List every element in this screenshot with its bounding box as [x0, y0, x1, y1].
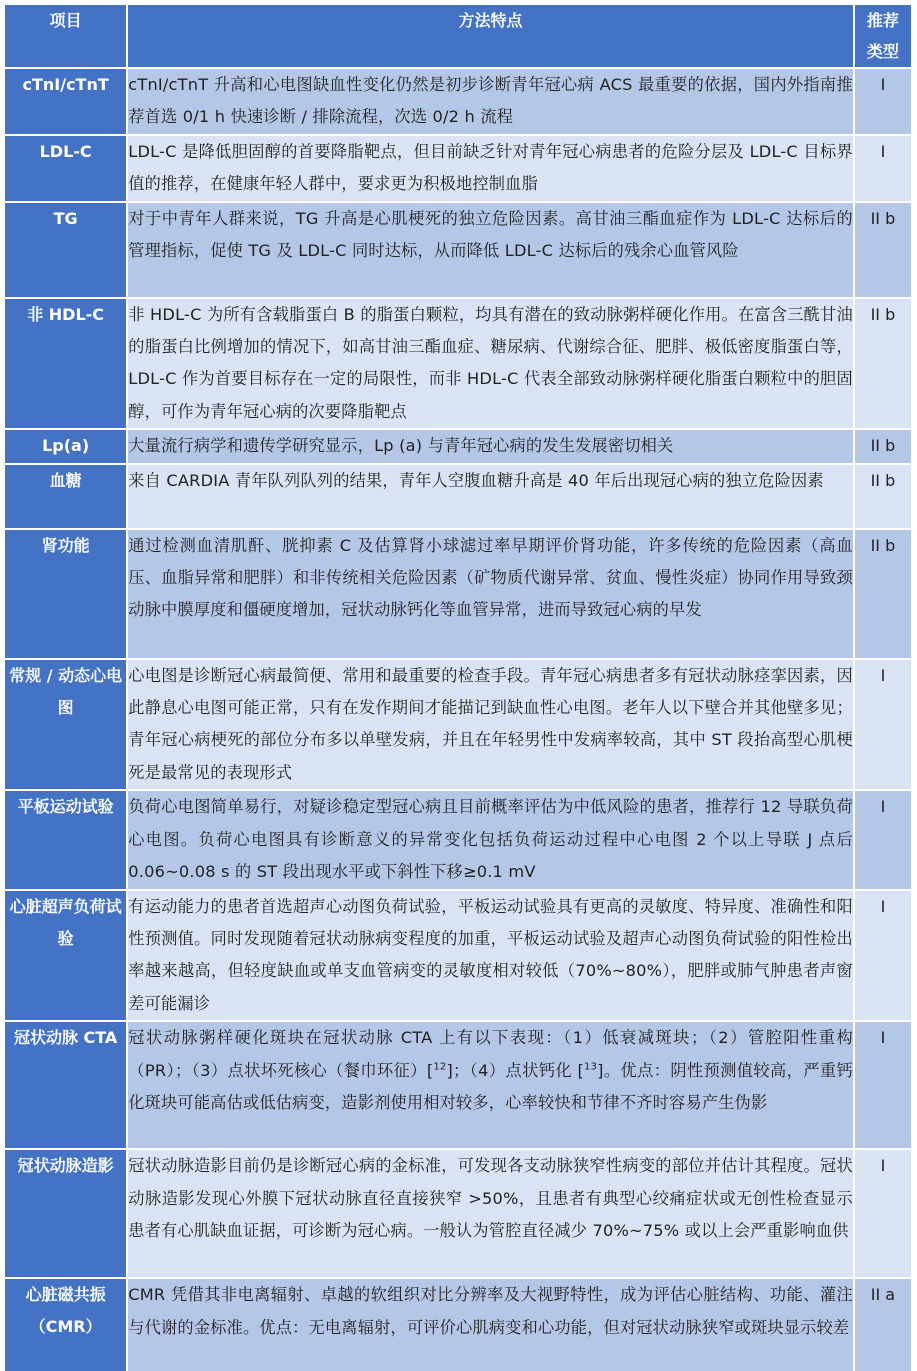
- table-row: 心脏超声负荷试验 有运动能力的患者首选超声心动图负荷试验，平板运动试验具有更高的…: [4, 890, 912, 1022]
- row-rec: II a: [854, 1278, 912, 1371]
- row-desc: 心电图是诊断冠心病最简便、常用和最重要的检查手段。青年冠心病患者多有冠状动脉痉挛…: [127, 659, 854, 791]
- row-item: TG: [4, 202, 127, 298]
- row-item: 心脏磁共振（CMR）: [4, 1278, 127, 1371]
- row-desc: 负荷心电图简单易行，对疑诊稳定型冠心病且目前概率评估为中低风险的患者，推荐行 1…: [127, 790, 854, 889]
- table-row: 肾功能 通过检测血清肌酐、胱抑素 C 及估算肾小球滤过率早期评价肾功能，许多传统…: [4, 529, 912, 659]
- row-desc: CMR 凭借其非电离辐射、卓越的软组织对比分辨率及大视野特性，成为评估心脏结构、…: [127, 1278, 854, 1371]
- table-row: LDL-C LDL-C 是降低胆固醇的首要降脂靶点，但目前缺乏针对青年冠心病患者…: [4, 135, 912, 202]
- table-row: 平板运动试验 负荷心电图简单易行，对疑诊稳定型冠心病且目前概率评估为中低风险的患…: [4, 790, 912, 889]
- row-rec: I: [854, 659, 912, 791]
- row-item: 常规 / 动态心电图: [4, 659, 127, 791]
- row-item: Lp(a): [4, 429, 127, 463]
- row-rec: II b: [854, 202, 912, 298]
- row-desc: 通过检测血清肌酐、胱抑素 C 及估算肾小球滤过率早期评价肾功能，许多传统的危险因…: [127, 529, 854, 659]
- header-item: 项目: [4, 4, 127, 68]
- table-row: 心脏磁共振（CMR） CMR 凭借其非电离辐射、卓越的软组织对比分辨率及大视野特…: [4, 1278, 912, 1371]
- table-row: 冠状动脉造影 冠状动脉造影目前仍是诊断冠心病的金标准，可发现各支动脉狭窄性病变的…: [4, 1149, 912, 1278]
- table-row: 冠状动脉 CTA 冠状动脉粥样硬化斑块在冠状动脉 CTA 上有以下表现：（1）低…: [4, 1021, 912, 1149]
- row-rec: II b: [854, 429, 912, 463]
- row-rec: II b: [854, 298, 912, 430]
- row-rec: II b: [854, 464, 912, 529]
- row-rec: I: [854, 1149, 912, 1278]
- table-header: 项目 方法特点 推荐 类型: [4, 4, 912, 68]
- row-item: LDL-C: [4, 135, 127, 202]
- row-desc: cTnI/cTnT 升高和心电图缺血性变化仍然是初步诊断青年冠心病 ACS 最重…: [127, 68, 854, 135]
- row-rec: I: [854, 790, 912, 889]
- header-recommendation: 推荐 类型: [854, 4, 912, 68]
- table-row: 血糖 来自 CARDIA 青年队列队列的结果，青年人空腹血糖升高是 40 年后出…: [4, 464, 912, 529]
- table-row: 非 HDL-C 非 HDL-C 为所有含载脂蛋白 B 的脂蛋白颗粒，均具有潜在的…: [4, 298, 912, 430]
- row-desc: 大量流行病学和遗传学研究显示，Lp (a) 与青年冠心病的发生发展密切相关: [127, 429, 854, 463]
- row-desc: 对于中青年人群来说，TG 升高是心肌梗死的独立危险因素。高甘油三酯血症作为 LD…: [127, 202, 854, 298]
- table-row: TG 对于中青年人群来说，TG 升高是心肌梗死的独立危险因素。高甘油三酯血症作为…: [4, 202, 912, 298]
- row-rec: I: [854, 890, 912, 1022]
- row-rec: II b: [854, 529, 912, 659]
- table-row: cTnI/cTnT cTnI/cTnT 升高和心电图缺血性变化仍然是初步诊断青年…: [4, 68, 912, 135]
- row-item: 心脏超声负荷试验: [4, 890, 127, 1022]
- row-desc: LDL-C 是降低胆固醇的首要降脂靶点，但目前缺乏针对青年冠心病患者的危险分层及…: [127, 135, 854, 202]
- desc-part: ]；（4）点状钙化 [: [447, 1061, 585, 1080]
- row-desc: 非 HDL-C 为所有含载脂蛋白 B 的脂蛋白颗粒，均具有潜在的致动脉粥样硬化作…: [127, 298, 854, 430]
- row-item: 冠状动脉 CTA: [4, 1021, 127, 1149]
- header-method: 方法特点: [127, 4, 854, 68]
- row-desc: 冠状动脉粥样硬化斑块在冠状动脉 CTA 上有以下表现：（1）低衰减斑块；（2）管…: [127, 1021, 854, 1149]
- row-desc: 来自 CARDIA 青年队列队列的结果，青年人空腹血糖升高是 40 年后出现冠心…: [127, 464, 854, 529]
- row-rec: I: [854, 135, 912, 202]
- row-item: 冠状动脉造影: [4, 1149, 127, 1278]
- row-desc: 有运动能力的患者首选超声心动图负荷试验，平板运动试验具有更高的灵敏度、特异度、准…: [127, 890, 854, 1022]
- row-rec: I: [854, 68, 912, 135]
- citation-ref: 12: [433, 1061, 446, 1072]
- row-item: cTnI/cTnT: [4, 68, 127, 135]
- row-rec: I: [854, 1021, 912, 1149]
- header-rec-line-2: 类型: [855, 36, 911, 67]
- row-item: 肾功能: [4, 529, 127, 659]
- citation-ref: 13: [584, 1061, 597, 1072]
- row-desc: 冠状动脉造影目前仍是诊断冠心病的金标准，可发现各支动脉狭窄性病变的部位并估计其程…: [127, 1149, 854, 1278]
- table-row: 常规 / 动态心电图 心电图是诊断冠心病最简便、常用和最重要的检查手段。青年冠心…: [4, 659, 912, 791]
- table-row: Lp(a) 大量流行病学和遗传学研究显示，Lp (a) 与青年冠心病的发生发展密…: [4, 429, 912, 463]
- header-rec-line-1: 推荐: [855, 5, 911, 36]
- row-item: 血糖: [4, 464, 127, 529]
- row-item: 平板运动试验: [4, 790, 127, 889]
- recommendation-table: 项目 方法特点 推荐 类型 cTnI/cTnT cTnI/cTnT 升高和心电图…: [3, 3, 913, 1371]
- row-item: 非 HDL-C: [4, 298, 127, 430]
